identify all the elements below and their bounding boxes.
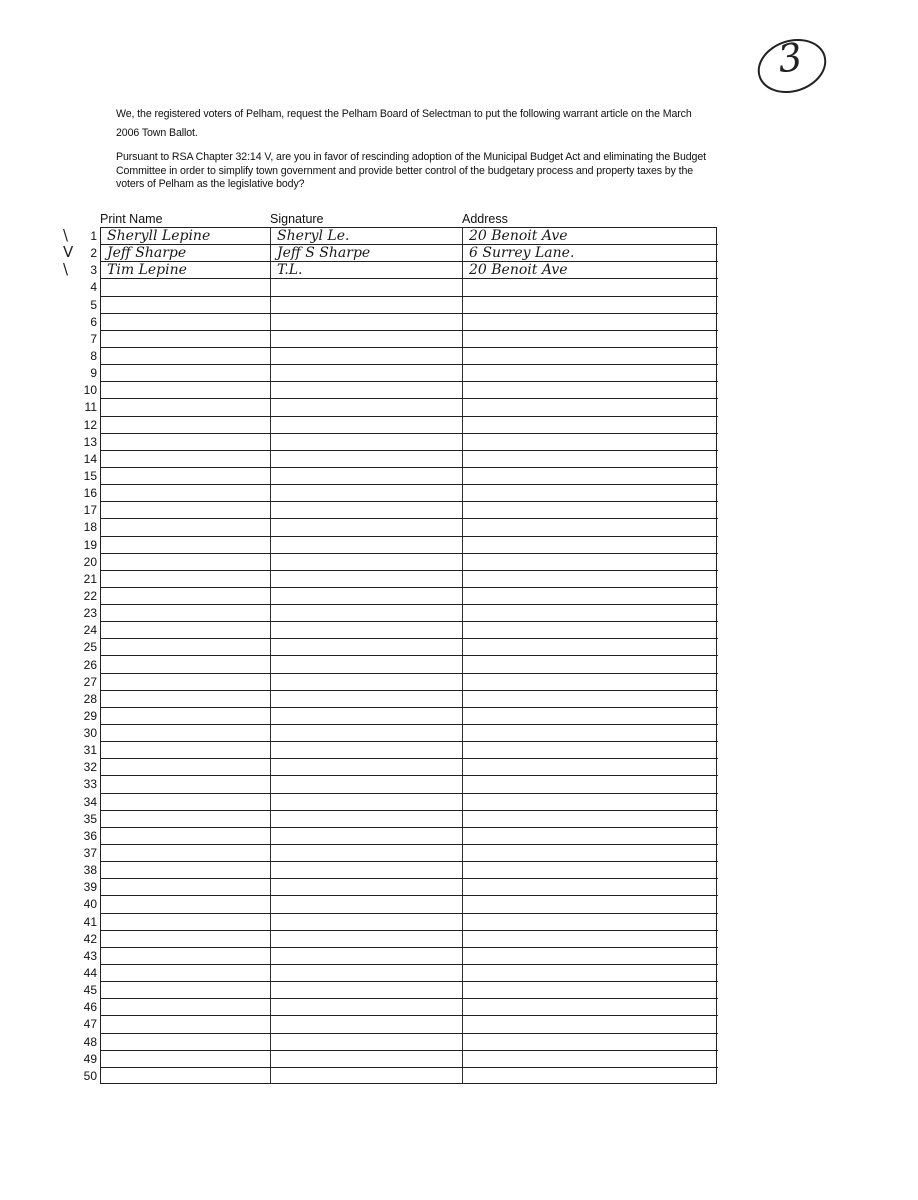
table-row: 26 xyxy=(101,657,718,674)
row-number: 14 xyxy=(67,451,97,468)
table-row: 30 xyxy=(101,725,718,742)
request-paragraph: We, the registered voters of Pelham, req… xyxy=(116,105,716,143)
table-row: 47 xyxy=(101,1016,718,1033)
row-number: 19 xyxy=(67,537,97,554)
table-row: 32 xyxy=(101,759,718,776)
header-print-name: Print Name xyxy=(100,212,163,226)
signature-cell[interactable]: Jeff S Sharpe xyxy=(277,245,370,262)
table-row: 11 xyxy=(101,399,718,416)
row-number: 37 xyxy=(67,845,97,862)
row-number: 44 xyxy=(67,965,97,982)
header-signature: Signature xyxy=(270,212,324,226)
row-number: 42 xyxy=(67,931,97,948)
signature-cell[interactable]: T.L. xyxy=(277,262,302,279)
row-number: 11 xyxy=(67,399,97,416)
table-row: 8 xyxy=(101,348,718,365)
row-number: 45 xyxy=(67,982,97,999)
table-row: 3\Tim LepineT.L.20 Benoit Ave xyxy=(101,262,718,279)
row-number: 15 xyxy=(67,468,97,485)
table-row: 46 xyxy=(101,999,718,1016)
row-number: 21 xyxy=(67,571,97,588)
table-row: 7 xyxy=(101,331,718,348)
row-number: 20 xyxy=(67,554,97,571)
table-row: 27 xyxy=(101,674,718,691)
row-number: 48 xyxy=(67,1034,97,1051)
row-number: 43 xyxy=(67,948,97,965)
row-number: 50 xyxy=(67,1068,97,1085)
check-mark: \ xyxy=(63,260,68,278)
row-number: 9 xyxy=(67,365,97,382)
header-address: Address xyxy=(462,212,508,226)
row-number: 35 xyxy=(67,811,97,828)
row-number: 40 xyxy=(67,896,97,913)
table-row: 44 xyxy=(101,965,718,982)
row-number: 28 xyxy=(67,691,97,708)
row-number: 41 xyxy=(67,914,97,931)
table-row: 15 xyxy=(101,468,718,485)
table-row: 1\Sheryll LepineSheryl Le.20 Benoit Ave xyxy=(101,228,718,245)
table-row: 42 xyxy=(101,931,718,948)
table-row: 49 xyxy=(101,1051,718,1068)
row-number: 49 xyxy=(67,1051,97,1068)
table-row: 17 xyxy=(101,502,718,519)
table-row: 16 xyxy=(101,485,718,502)
table-grid: 1\Sheryll LepineSheryl Le.20 Benoit Ave2… xyxy=(100,227,717,1084)
row-number: 6 xyxy=(67,314,97,331)
row-number: 29 xyxy=(67,708,97,725)
table-row: 6 xyxy=(101,314,718,331)
row-number: 5 xyxy=(67,297,97,314)
table-row: 19 xyxy=(101,537,718,554)
row-number: 27 xyxy=(67,674,97,691)
signature-table: Print Name Signature Address 1\Sheryll L… xyxy=(100,227,717,1084)
table-row: 21 xyxy=(101,571,718,588)
table-row: 2VJeff SharpeJeff S Sharpe6 Surrey Lane. xyxy=(101,245,718,262)
row-number: 12 xyxy=(67,417,97,434)
table-row: 41 xyxy=(101,914,718,931)
row-number: 32 xyxy=(67,759,97,776)
table-row: 48 xyxy=(101,1034,718,1051)
table-row: 40 xyxy=(101,896,718,913)
row-number: 4 xyxy=(67,279,97,296)
address-cell[interactable]: 20 Benoit Ave xyxy=(469,228,568,245)
row-number: 31 xyxy=(67,742,97,759)
table-row: 29 xyxy=(101,708,718,725)
check-mark: V xyxy=(63,243,73,261)
table-row: 12 xyxy=(101,417,718,434)
table-row: 38 xyxy=(101,862,718,879)
table-row: 5 xyxy=(101,297,718,314)
row-number: 39 xyxy=(67,879,97,896)
table-row: 25 xyxy=(101,639,718,656)
signature-cell[interactable]: Sheryl Le. xyxy=(277,228,349,245)
table-row: 37 xyxy=(101,845,718,862)
row-number: 22 xyxy=(67,588,97,605)
table-row: 43 xyxy=(101,948,718,965)
table-row: 36 xyxy=(101,828,718,845)
table-row: 31 xyxy=(101,742,718,759)
row-number: 24 xyxy=(67,622,97,639)
row-number: 25 xyxy=(67,639,97,656)
table-row: 35 xyxy=(101,811,718,828)
check-mark: \ xyxy=(63,226,68,244)
row-number: 23 xyxy=(67,605,97,622)
table-row: 39 xyxy=(101,879,718,896)
table-row: 13 xyxy=(101,434,718,451)
table-row: 50 xyxy=(101,1068,718,1085)
table-row: 34 xyxy=(101,794,718,811)
warrant-article-paragraph: Pursuant to RSA Chapter 32:14 V, are you… xyxy=(116,151,716,192)
row-number: 34 xyxy=(67,794,97,811)
row-number: 16 xyxy=(67,485,97,502)
row-number: 33 xyxy=(67,776,97,793)
row-number: 26 xyxy=(67,657,97,674)
row-number: 10 xyxy=(67,382,97,399)
row-number: 17 xyxy=(67,502,97,519)
table-row: 28 xyxy=(101,691,718,708)
table-row: 45 xyxy=(101,982,718,999)
address-cell[interactable]: 20 Benoit Ave xyxy=(469,262,568,279)
table-row: 14 xyxy=(101,451,718,468)
table-row: 22 xyxy=(101,588,718,605)
row-number: 8 xyxy=(67,348,97,365)
row-number: 36 xyxy=(67,828,97,845)
table-row: 20 xyxy=(101,554,718,571)
row-number: 38 xyxy=(67,862,97,879)
table-row: 24 xyxy=(101,622,718,639)
print-name-cell[interactable]: Sheryll Lepine xyxy=(107,228,210,245)
address-cell[interactable]: 6 Surrey Lane. xyxy=(469,245,574,262)
print-name-cell[interactable]: Tim Lepine xyxy=(107,262,187,279)
table-row: 33 xyxy=(101,776,718,793)
row-number: 3 xyxy=(67,262,97,279)
petition-intro: We, the registered voters of Pelham, req… xyxy=(116,105,716,192)
table-row: 10 xyxy=(101,382,718,399)
row-number: 18 xyxy=(67,519,97,536)
table-row: 9 xyxy=(101,365,718,382)
row-number: 47 xyxy=(67,1016,97,1033)
table-row: 23 xyxy=(101,605,718,622)
table-row: 4 xyxy=(101,279,718,296)
table-row: 18 xyxy=(101,519,718,536)
row-number: 46 xyxy=(67,999,97,1016)
row-number: 7 xyxy=(67,331,97,348)
row-number: 13 xyxy=(67,434,97,451)
print-name-cell[interactable]: Jeff Sharpe xyxy=(107,245,186,262)
row-number: 30 xyxy=(67,725,97,742)
